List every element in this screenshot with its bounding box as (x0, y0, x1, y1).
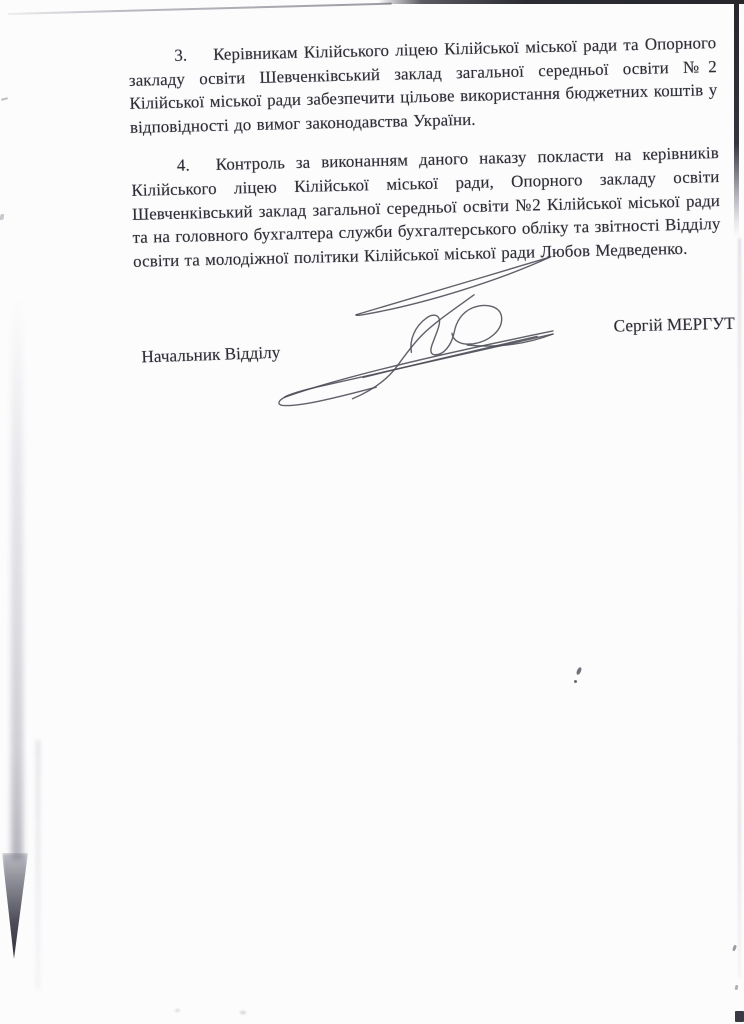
scan-artifact-left-streak-2 (36, 740, 40, 990)
scan-artifact-right-faint-edge (738, 238, 741, 978)
scan-artifact-right-speck-1 (732, 945, 737, 952)
paragraph-text: Керівникам Кілійського ліцею Кілійської … (129, 33, 718, 137)
signature-handwriting (251, 253, 557, 422)
scan-artifact-speck-dot (574, 680, 577, 683)
scan-artifact-right-speck-2 (735, 985, 739, 991)
signer-name: Сергій МЕРГУТ (613, 314, 735, 337)
order-paragraph-3: 3.Керівникам Кілійського ліцею Кілійсько… (128, 31, 718, 139)
scan-artifact-bottom-speck-2 (175, 1009, 180, 1012)
scan-artifact-left-dash-2 (0, 214, 4, 220)
scan-artifact-left-wedge (2, 853, 28, 959)
document-body: 3.Керівникам Кілійського ліцею Кілійсько… (128, 31, 726, 464)
scan-artifact-left-streak (11, 300, 23, 860)
scan-artifact-right-dark-edge (734, 0, 739, 238)
scan-artifact-speck-comma (576, 667, 582, 676)
signature-block: Начальник Відділу Сергій МЕРГУТ (134, 275, 726, 464)
scan-artifact-top-dark-edge (378, 0, 744, 4)
scan-artifact-bottom-speck-1 (240, 1011, 246, 1014)
order-paragraph-4: 4.Контроль за виконанням даного наказу п… (131, 141, 722, 273)
scanned-document-page: 3.Керівникам Кілійського ліцею Кілійсько… (0, 0, 744, 1024)
scan-artifact-top-thin-line (8, 3, 392, 15)
paragraph-number: 3. (174, 45, 213, 65)
paragraph-text: Контроль за виконанням даного наказу пок… (131, 143, 720, 270)
scan-artifact-left-dash-1 (1, 97, 8, 101)
scan-artifact-bottom-right-square (735, 1011, 744, 1022)
paragraph-number: 4. (177, 155, 216, 175)
